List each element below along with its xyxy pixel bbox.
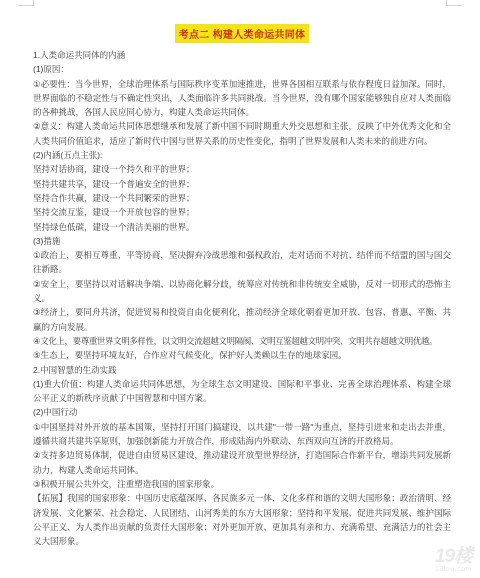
action-trade: ②支持多边贸易体制，促进自由贸易区建设，推动建设开放型世界经济，打造国际合作新平… xyxy=(33,448,451,477)
connotation-label: (2)内涵(五点主张): xyxy=(33,148,451,162)
significance-paragraph: ②意义：构建人类命运共同体思想继承和发展了新中国不同时期重大外交思想和主张，反映… xyxy=(33,119,451,148)
page-corner-mark-right xyxy=(446,0,462,6)
measure-security: ②安全上，要坚持以对话解决争端、以协商化解分歧，统筹应对传统和非传统安全威胁，反… xyxy=(33,277,451,306)
action-public-diplomacy: ③积极开展公共外交，注重塑造我国的国家形象。 xyxy=(33,477,451,491)
claim-item-green: 坚持绿色低碳，建设一个清洁美丽的世界。 xyxy=(33,220,451,234)
watermark-19lou-logo: 19楼 xyxy=(435,548,472,566)
section-2-heading: 2.中国智慧的生动实践 xyxy=(33,363,451,377)
page-corner-mark-left xyxy=(18,0,34,6)
measure-politics: ①政治上，要相互尊重、平等协商，坚决摒弃冷战思维和强权政治，走对话而不对抗、结伴… xyxy=(33,248,451,277)
title-row: 考点二 构建人类命运共同体 xyxy=(33,24,451,43)
necessity-paragraph: ①必要性：当今世界，全球治理体系与国际秩序变革加速推进，世界各国相互联系与依存程… xyxy=(33,77,451,120)
document-page: 考点二 构建人类命运共同体 1.人类命运共同体的内涵 (1)原因： ①必要性：当… xyxy=(33,24,451,548)
china-action-label: (2)中国行动 xyxy=(33,405,451,419)
measure-ecology: ⑤生态上，要坚持环境友好，合作应对气候变化，保护好人类赖以生存的地球家园。 xyxy=(33,348,451,362)
topic-title: 考点二 构建人类命运共同体 xyxy=(175,24,310,43)
watermark-domain: 19lou.com xyxy=(435,566,472,573)
measure-economy: ③经济上，要同舟共济，促进贸易和投资自由化便利化，推动经济全球化朝着更加开放、包… xyxy=(33,305,451,334)
reasons-label: (1)原因： xyxy=(33,62,451,76)
action-opening-up: ①中国坚持对外开放的基本国策，坚持打开国门搞建设，以共建"一带一路"为重点，坚持… xyxy=(33,420,451,449)
measure-culture: ④文化上，要尊重世界文明多样性，以文明交流超越文明隔阂、文明互鉴超越文明冲突、文… xyxy=(33,334,451,348)
claim-item-peace: 坚持对话协商，建设一个持久和平的世界； xyxy=(33,162,451,176)
section-1-heading: 1.人类命运共同体的内涵 xyxy=(33,48,451,62)
claim-item-prosperity: 坚持合作共赢，建设一个共同繁荣的世界； xyxy=(33,191,451,205)
watermark-19lou: 19楼 19lou.com xyxy=(435,548,472,573)
expansion-note: 【拓展】我国的国家形象：中国历史底蕴深厚、各民族多元一体、文化多样和谐的文明大国… xyxy=(33,491,451,548)
claim-item-security: 坚持共建共享，建设一个普遍安全的世界； xyxy=(33,177,451,191)
value-paragraph: (1)重大价值：构建人类命运共同体思想，为全球生态文明建设、国际和平事业、完善全… xyxy=(33,377,451,406)
claim-item-openness: 坚持交流互鉴，建设一个开放包容的世界； xyxy=(33,205,451,219)
measures-label: (3)措施 xyxy=(33,234,451,248)
